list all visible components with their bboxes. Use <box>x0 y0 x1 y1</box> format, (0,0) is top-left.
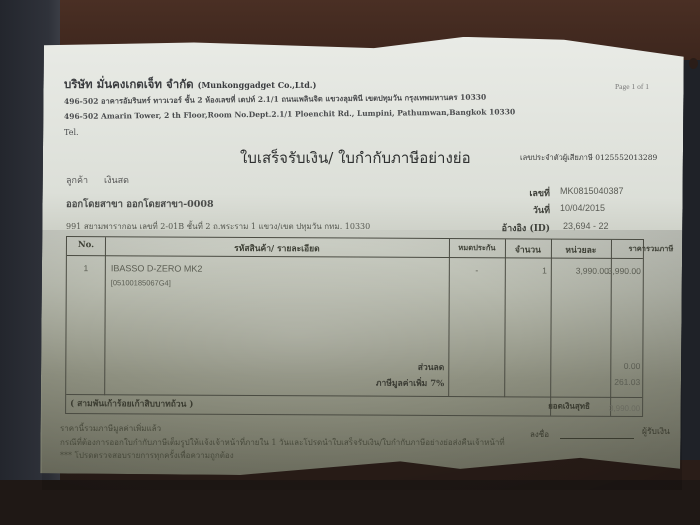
amount-in-words: ( สามพันเก้าร้อยเก้าสิบบาทถ้วน ) <box>70 396 193 411</box>
row-description: IBASSO D-ZERO MK2 <box>111 263 203 273</box>
note-full-invoice: กรณีที่ต้องการออกใบกำกับภาษีเต็มรูปให้แจ… <box>60 436 505 449</box>
branch-address: 991 สยามพารากอน เลขที่ 2-01B ชั้นที่ 2 ถ… <box>66 220 370 233</box>
header-no: No. <box>67 240 105 250</box>
note-vat-included: ราคานี้รวมภาษีมูลค่าเพิ่มแล้ว <box>60 422 161 435</box>
header-description: รหัสสินค้า/ รายละเอียด <box>105 240 449 256</box>
row-warranty: - <box>449 265 505 275</box>
row-no: 1 <box>67 263 105 273</box>
net-total-label: ยอดเงินสุทธิ <box>548 400 590 413</box>
signature-label: ลงชื่อ <box>530 428 549 441</box>
tax-id: เลขประจำตัวผู้เสียภาษี 0125552013289 <box>520 152 657 164</box>
punch-hole <box>689 58 698 69</box>
signature-role: ผู้รับเงิน <box>642 424 670 438</box>
row-code: [05100185067G4] <box>111 278 171 287</box>
vat-label: ภาษีมูลค่าเพิ่ม 7% <box>266 375 444 390</box>
date-value: 10/04/2015 <box>560 203 605 213</box>
page-indicator: Page 1 of 1 <box>615 82 649 91</box>
row-qty: 1 <box>505 265 547 275</box>
row-unit-price: 3,990.00 <box>551 266 609 276</box>
header-warranty: หมดประกัน <box>449 242 505 254</box>
discount-label: ส่วนลด <box>266 359 444 374</box>
customer-value: เงินสด <box>104 173 129 187</box>
header-qty: จำนวน <box>505 242 551 256</box>
discount-value: 0.00 <box>610 361 640 371</box>
desk-bottom <box>0 480 700 525</box>
document-title: ใบเสร็จรับเงิน/ ใบกำกับภาษีอย่างย่อ <box>240 146 471 170</box>
header-unit-price: หน่วยละ <box>551 243 611 257</box>
column-divider <box>504 239 506 397</box>
date-label: วันที่ <box>490 203 550 217</box>
note-check-items: *** โปรดตรวจสอบรายการทุกครั้งเพื่อความถู… <box>60 449 234 462</box>
column-divider <box>550 240 552 398</box>
company-name-en: (Munkonggadget Co.,Ltd.) <box>198 80 317 90</box>
receipt-number-value: MK0815040387 <box>560 186 624 196</box>
branch-issuer: ออกโดยสาขา ออกโดยสาขา-0008 <box>66 197 214 212</box>
header-total: ราคารวมภาษี <box>611 243 691 255</box>
items-table: No. รหัสสินค้า/ รายละเอียด หมดประกัน จำน… <box>65 236 644 417</box>
signature-line <box>560 438 634 439</box>
customer-label: ลูกค้า <box>66 173 88 187</box>
reference-value: 23,694 - 22 <box>563 221 609 231</box>
company-name-th: บริษัท มั่นคงเกตเจ็ท จำกัด <box>64 77 194 91</box>
company-name: บริษัท มั่นคงเกตเจ็ท จำกัด (Munkonggadge… <box>64 76 316 94</box>
net-total-value: 3,990.00 <box>609 404 640 413</box>
column-divider <box>104 237 106 395</box>
receipt-number-label: เลขที่ <box>490 186 550 200</box>
row-total: 3,990.00 <box>611 266 641 276</box>
reference-label: อ้างอิง (ID) <box>490 221 550 235</box>
vat-value: 261.03 <box>610 377 640 387</box>
company-tel: Tel. <box>64 128 79 137</box>
column-divider <box>448 239 450 397</box>
